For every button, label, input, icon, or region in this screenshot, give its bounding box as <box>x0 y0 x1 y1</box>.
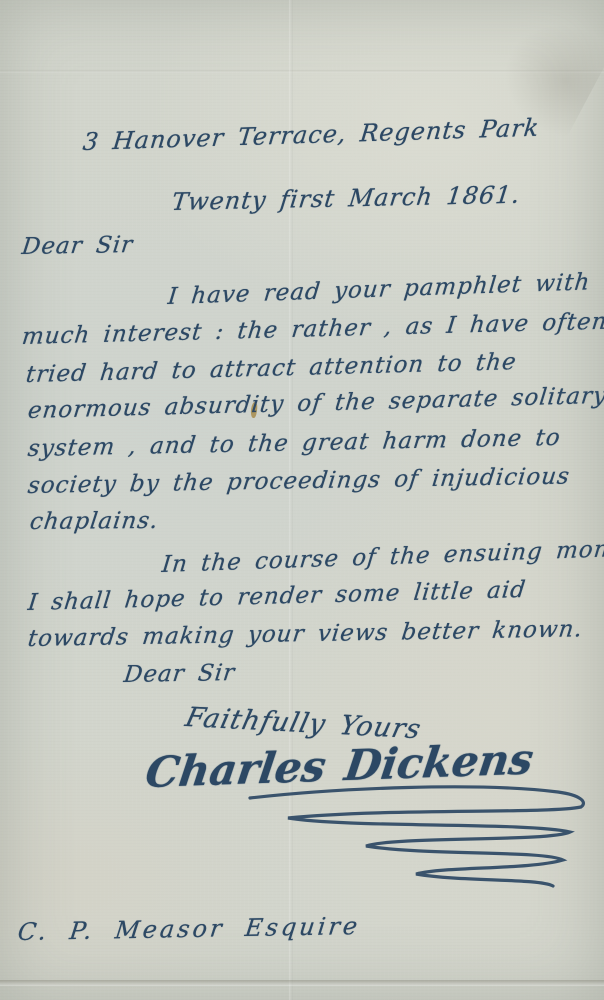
body-line: I shall hope to render some little aid <box>27 577 528 616</box>
body-line: In the course of the ensuing month <box>161 535 604 578</box>
paper-crease-bottom <box>0 980 604 986</box>
body-line: enormous absurdity of the separate solit… <box>27 383 604 424</box>
body-line: much interest : the rather , as I have o… <box>21 309 604 350</box>
letter-scan: 3 Hanover Terrace, Regents Park Twenty f… <box>0 0 604 1000</box>
signature-flourish <box>248 782 593 907</box>
body-line: system , and to the great harm done to <box>26 425 562 462</box>
salutation: Dear Sir <box>20 232 134 260</box>
closing-salutation: Dear Sir <box>122 660 236 688</box>
body-line: chaplains. <box>28 508 160 535</box>
body-line: tried hard to attract attention to the <box>25 349 519 388</box>
body-line: towards making your views better known. <box>26 616 584 652</box>
addressee-line: C. P. Measor Esquire <box>16 912 362 946</box>
date-line: Twenty first March 1861. <box>170 181 522 216</box>
body-line: society by the proceedings of injudiciou… <box>26 464 571 500</box>
address-line: 3 Hanover Terrace, Regents Park <box>81 114 541 156</box>
body-line: I have read your pamphlet with <box>167 269 592 310</box>
